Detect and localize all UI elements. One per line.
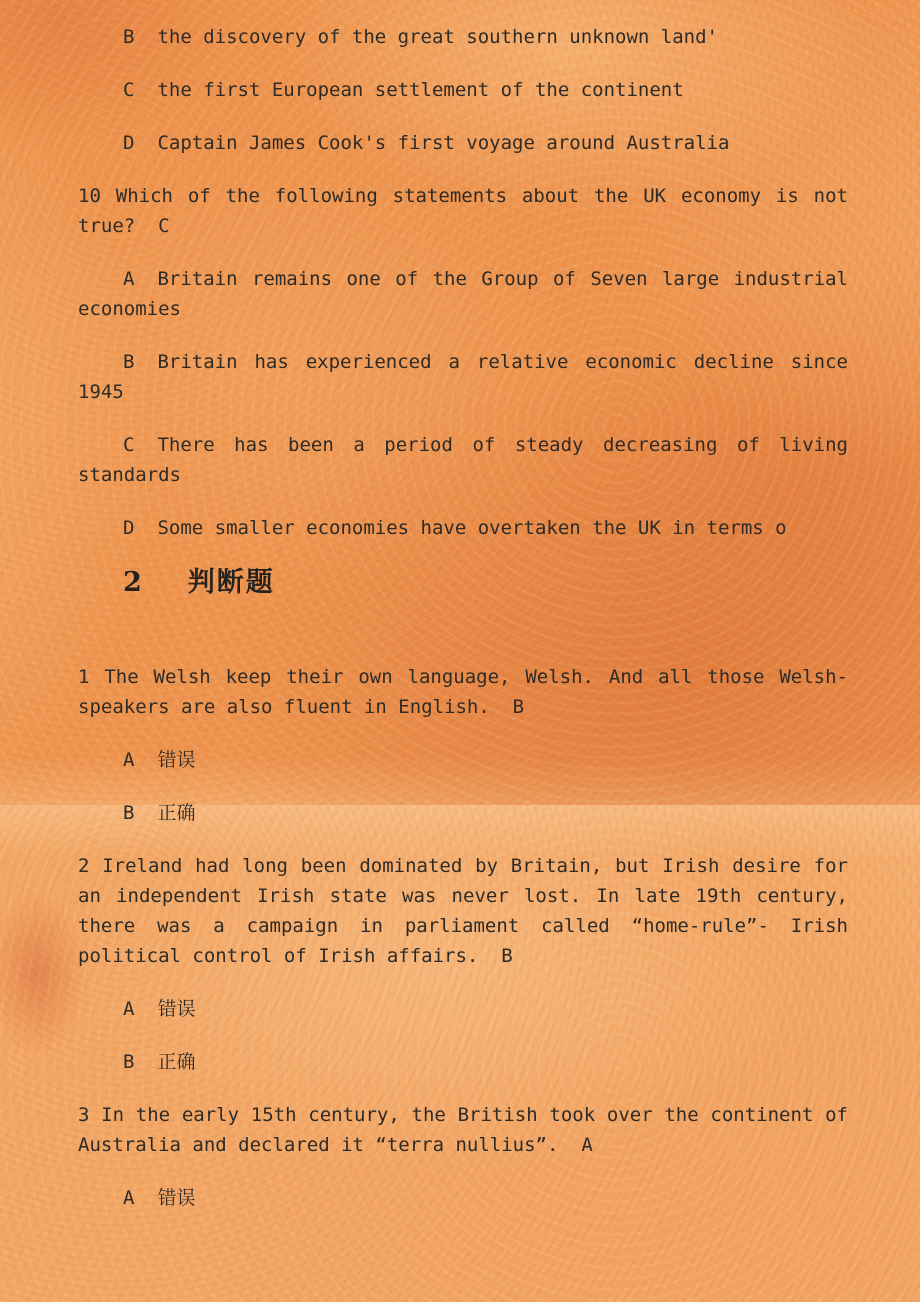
option-text: 正确 [157, 1051, 195, 1073]
option-text: 错误 [157, 749, 195, 771]
question-10-option-a: ABritain remains one of the Group of Sev… [78, 264, 848, 324]
tf-question-3-option-a: A错误 [78, 1183, 848, 1213]
option-text: 错误 [157, 998, 195, 1020]
option-label: A [123, 749, 134, 771]
question-10-option-d: DSome smaller economies have overtaken t… [78, 513, 848, 543]
option-label: B [123, 26, 134, 48]
tf-question-1-option-a: A错误 [78, 745, 848, 775]
tf-question-2-option-a: A错误 [78, 994, 848, 1024]
mc-option-d: DCaptain James Cook's first voyage aroun… [78, 128, 848, 158]
option-text: Britain remains one of the Group of Seve… [78, 268, 848, 320]
tf-question-2-option-b: B正确 [78, 1047, 848, 1077]
mc-option-b: Bthe discovery of the great southern unk… [78, 22, 848, 52]
option-label: A [123, 998, 134, 1020]
option-label: B [123, 351, 134, 373]
tf-question-3-text: 3 In the early 15th century, the British… [78, 1100, 848, 1160]
option-label: A [123, 1187, 134, 1209]
section-title: 判断题 [188, 567, 275, 598]
document-content: Bthe discovery of the great southern unk… [0, 0, 920, 1213]
tf-question-2-text: 2 Ireland had long been dominated by Bri… [78, 851, 848, 971]
tf-question-1-option-b: B正确 [78, 798, 848, 828]
quiz-document-page: Bthe discovery of the great southern unk… [0, 0, 920, 1302]
mc-option-c: Cthe first European settlement of the co… [78, 75, 848, 105]
option-text: the discovery of the great southern unkn… [157, 26, 718, 48]
option-text: Britain has experienced a relative econo… [78, 351, 848, 403]
question-10-option-b: BBritain has experienced a relative econ… [78, 347, 848, 407]
question-10-text: 10 Which of the following statements abo… [78, 181, 848, 241]
option-label: C [123, 434, 134, 456]
option-text: 正确 [157, 802, 195, 824]
option-label: B [123, 1051, 134, 1073]
option-text: Some smaller economies have overtaken th… [157, 517, 786, 539]
option-label: C [123, 79, 134, 101]
option-label: A [123, 268, 134, 290]
option-label: D [123, 517, 134, 539]
option-text: the first European settlement of the con… [157, 79, 683, 101]
section-heading: 2判断题 [123, 566, 848, 600]
section-number: 2 [123, 567, 142, 598]
option-text: 错误 [157, 1187, 195, 1209]
option-text: Captain James Cook's first voyage around… [157, 132, 729, 154]
option-text: There has been a period of steady decrea… [78, 434, 848, 486]
question-10-option-c: CThere has been a period of steady decre… [78, 430, 848, 490]
tf-question-1-text: 1 The Welsh keep their own language, Wel… [78, 662, 848, 722]
option-label: B [123, 802, 134, 824]
option-label: D [123, 132, 134, 154]
